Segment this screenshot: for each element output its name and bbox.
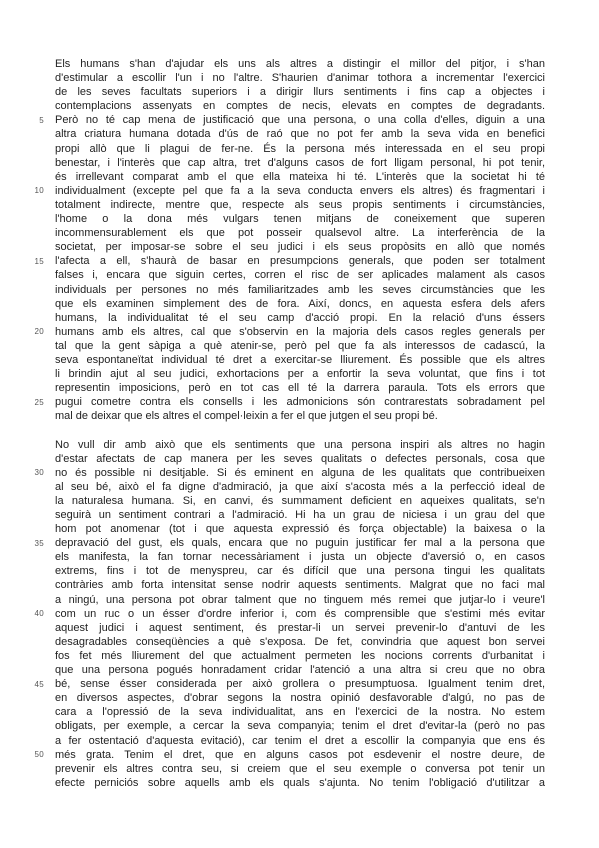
line-text: humans amb els altres, cal que s'observi… (55, 326, 545, 338)
text-line: altra criatura humana dotada d'ús de raó… (55, 127, 545, 141)
text-line: que els examinen simplement des de fora.… (55, 297, 545, 311)
line-text: tal que la gent sàpiga a què atenir-se, … (55, 340, 545, 352)
text-line: seva espontaneïtat individual té dret a … (55, 353, 545, 367)
line-text: cara a l'opressió de la seva individuali… (55, 706, 545, 718)
text-line: 10individualment (excepte pel que fa a l… (55, 184, 545, 198)
line-text: Però no té cap mena de justificació que … (55, 114, 545, 126)
text-line: representin imposicions, però en tot cas… (55, 381, 545, 395)
line-text: obligats, per exemple, a cercar la seva … (55, 720, 545, 732)
text-line: 45bé, sense ésser considerada per això g… (55, 677, 545, 691)
text-line: No vull dir amb això que els sentiments … (55, 438, 545, 452)
text-line: fos fet més lliurement del que actualmen… (55, 649, 545, 663)
line-text: totalment indirecte, mentre que, respect… (55, 199, 545, 211)
text-line: incommensurablement els que pot posseir … (55, 226, 545, 240)
line-text: depravació del gust, els quals, encara q… (55, 537, 545, 549)
text-line: individuals per persones no més familiar… (55, 283, 545, 297)
line-text: mal de deixar que els altres el compel·l… (55, 410, 438, 422)
line-text: benestar, i l'interès que cap altra, tre… (55, 157, 545, 169)
text-line: els manifesta, la fan tornar necessàriam… (55, 550, 545, 564)
text-line: d'estar afectats de cap manera per les s… (55, 452, 545, 466)
text-line: benestar, i l'interès que cap altra, tre… (55, 156, 545, 170)
text-line: propi allò que li plagui de fer-ne. És l… (55, 142, 545, 156)
line-text: bé, sense ésser considerada per això gro… (55, 678, 545, 690)
text-line: desagradables conseqüències a què s'expo… (55, 635, 545, 649)
text-line: la naturalesa humana. Si, en canvi, és s… (55, 494, 545, 508)
line-text: desagradables conseqüències a què s'expo… (55, 636, 545, 648)
text-line: Els humans s'han d'ajudar els uns als al… (55, 57, 545, 71)
text-line: que una persona pogués honradament crida… (55, 663, 545, 677)
text-line: falses i, encara que siguin certes, corr… (55, 268, 545, 282)
line-text: l'afecta a ell, s'haurà de basar en pres… (55, 255, 545, 267)
line-text: a fer ostentació d'aquesta evitació), ca… (55, 735, 545, 747)
line-number: 25 (35, 396, 45, 410)
text-line: extrems, fins i tot de menyspreu, car és… (55, 564, 545, 578)
text-line: contràries amb forta intensitat sense no… (55, 578, 545, 592)
line-text: contemplacions assenyats en comptes de n… (55, 100, 545, 112)
line-text: no és possible ni desitjable. Si és emin… (55, 467, 545, 479)
text-line: 40com un ruc o un ésser d'ordre inferior… (55, 607, 545, 621)
line-number: 40 (35, 607, 45, 621)
text-line: 20humans amb els altres, cal que s'obser… (55, 325, 545, 339)
line-text: incommensurablement els que pot posseir … (55, 227, 545, 239)
line-text: d'estar afectats de cap manera per les s… (55, 453, 545, 465)
text-line: totalment indirecte, mentre que, respect… (55, 198, 545, 212)
paragraph: Els humans s'han d'ajudar els uns als al… (55, 57, 545, 423)
text-line: a ningú, una persona pot obrar talment q… (55, 593, 545, 607)
text-line: de les seves facultats superiors i a dir… (55, 85, 545, 99)
line-text: els manifesta, la fan tornar necessàriam… (55, 551, 545, 563)
text-line: aquest judici i aquest sentiment, és pre… (55, 621, 545, 635)
line-number: 35 (35, 537, 45, 551)
line-text: individuals per persones no més familiar… (55, 284, 545, 296)
line-text: és irrellevant comparat amb el que ella … (55, 171, 545, 183)
line-text: altra criatura humana dotada d'ús de raó… (55, 128, 545, 140)
text-line: efecte perniciós sobre aquells amb els q… (55, 776, 545, 790)
line-text: seva espontaneïtat individual té dret a … (55, 354, 545, 366)
text-line: contemplacions assenyats en comptes de n… (55, 99, 545, 113)
line-text: fos fet més lliurement del que actualmen… (55, 650, 545, 662)
line-number: 5 (39, 114, 44, 128)
line-text: la naturalesa humana. Si, en canvi, és s… (55, 495, 545, 507)
line-number: 15 (35, 255, 45, 269)
line-text: contràries amb forta intensitat sense no… (55, 579, 545, 591)
line-text: que una persona pogués honradament crida… (55, 664, 545, 676)
line-number: 45 (35, 678, 45, 692)
text-line: prevenir els altres contra seu, si creie… (55, 762, 545, 776)
line-text: representin imposicions, però en tot cas… (55, 382, 545, 394)
line-text: propi allò que li plagui de fer-ne. És l… (55, 143, 545, 155)
line-text: aquest judici i aquest sentiment, és pre… (55, 622, 545, 634)
line-text: pugui cometre contra els consells i les … (55, 396, 545, 408)
text-line: humans, la individualitat té el seu camp… (55, 311, 545, 325)
text-block: Els humans s'han d'ajudar els uns als al… (55, 57, 545, 790)
line-text: al seu bé, això el fa digne d'admiració,… (55, 481, 545, 493)
line-text: No vull dir amb això que els sentiments … (55, 439, 545, 451)
text-line: 30no és possible ni desitjable. Si és em… (55, 466, 545, 480)
text-line: cara a l'opressió de la seva individuali… (55, 705, 545, 719)
line-number: 30 (35, 466, 45, 480)
document-page: Els humans s'han d'ajudar els uns als al… (0, 0, 599, 848)
line-text: societat, per imposar-se sobre el seu ju… (55, 241, 545, 253)
line-text: hom pot anomenar (tot i que aquesta expr… (55, 523, 545, 535)
text-line: mal de deixar que els altres el compel·l… (55, 409, 545, 423)
line-number: 20 (35, 325, 45, 339)
line-text: que els examinen simplement des de fora.… (55, 298, 545, 310)
line-text: d'estimular a escollir l'un i no l'altre… (55, 72, 545, 84)
text-line: és irrellevant comparat amb el que ella … (55, 170, 545, 184)
text-line: hom pot anomenar (tot i que aquesta expr… (55, 522, 545, 536)
text-line: en diversos aspectes, d'obrar segons la … (55, 691, 545, 705)
line-text: prevenir els altres contra seu, si creie… (55, 763, 545, 775)
text-line: d'estimular a escollir l'un i no l'altre… (55, 71, 545, 85)
text-line: seguirà un sentiment contrari a l'admira… (55, 508, 545, 522)
text-line: 5Però no té cap mena de justificació que… (55, 113, 545, 127)
text-line: l'home o la dona més vulgars tenen mitja… (55, 212, 545, 226)
line-text: com un ruc o un ésser d'ordre inferior i… (55, 608, 545, 620)
line-text: seguirà un sentiment contrari a l'admira… (55, 509, 545, 521)
line-text: a ningú, una persona pot obrar talment q… (55, 594, 545, 606)
line-text: Els humans s'han d'ajudar els uns als al… (55, 58, 545, 70)
line-text: falses i, encara que siguin certes, corr… (55, 269, 545, 281)
line-text: l'home o la dona més vulgars tenen mitja… (55, 213, 545, 225)
text-line: societat, per imposar-se sobre el seu ju… (55, 240, 545, 254)
line-text: en diversos aspectes, d'obrar segons la … (55, 692, 545, 704)
line-text: de les seves facultats superiors i a dir… (55, 86, 545, 98)
paragraph: No vull dir amb això que els sentiments … (55, 438, 545, 790)
line-text: efecte perniciós sobre aquells amb els q… (55, 777, 545, 789)
text-line: 25pugui cometre contra els consells i le… (55, 395, 545, 409)
text-line: a fer ostentació d'aquesta evitació), ca… (55, 734, 545, 748)
text-line: al seu bé, això el fa digne d'admiració,… (55, 480, 545, 494)
text-line: li brindin ajut al seu judici, exhortaci… (55, 367, 545, 381)
text-line: obligats, per exemple, a cercar la seva … (55, 719, 545, 733)
line-text: extrems, fins i tot de menyspreu, car és… (55, 565, 545, 577)
text-line: 15l'afecta a ell, s'haurà de basar en pr… (55, 254, 545, 268)
text-line: 50més grata. Tenim el dret, que en algun… (55, 748, 545, 762)
text-line: 35depravació del gust, els quals, encara… (55, 536, 545, 550)
line-number: 50 (35, 748, 45, 762)
line-text: més grata. Tenim el dret, que en alguns … (55, 749, 545, 761)
line-text: individualment (excepte pel que fa a la … (55, 185, 545, 197)
line-number: 10 (35, 184, 45, 198)
line-text: humans, la individualitat té el seu camp… (55, 312, 545, 324)
line-text: li brindin ajut al seu judici, exhortaci… (55, 368, 545, 380)
text-line: tal que la gent sàpiga a què atenir-se, … (55, 339, 545, 353)
